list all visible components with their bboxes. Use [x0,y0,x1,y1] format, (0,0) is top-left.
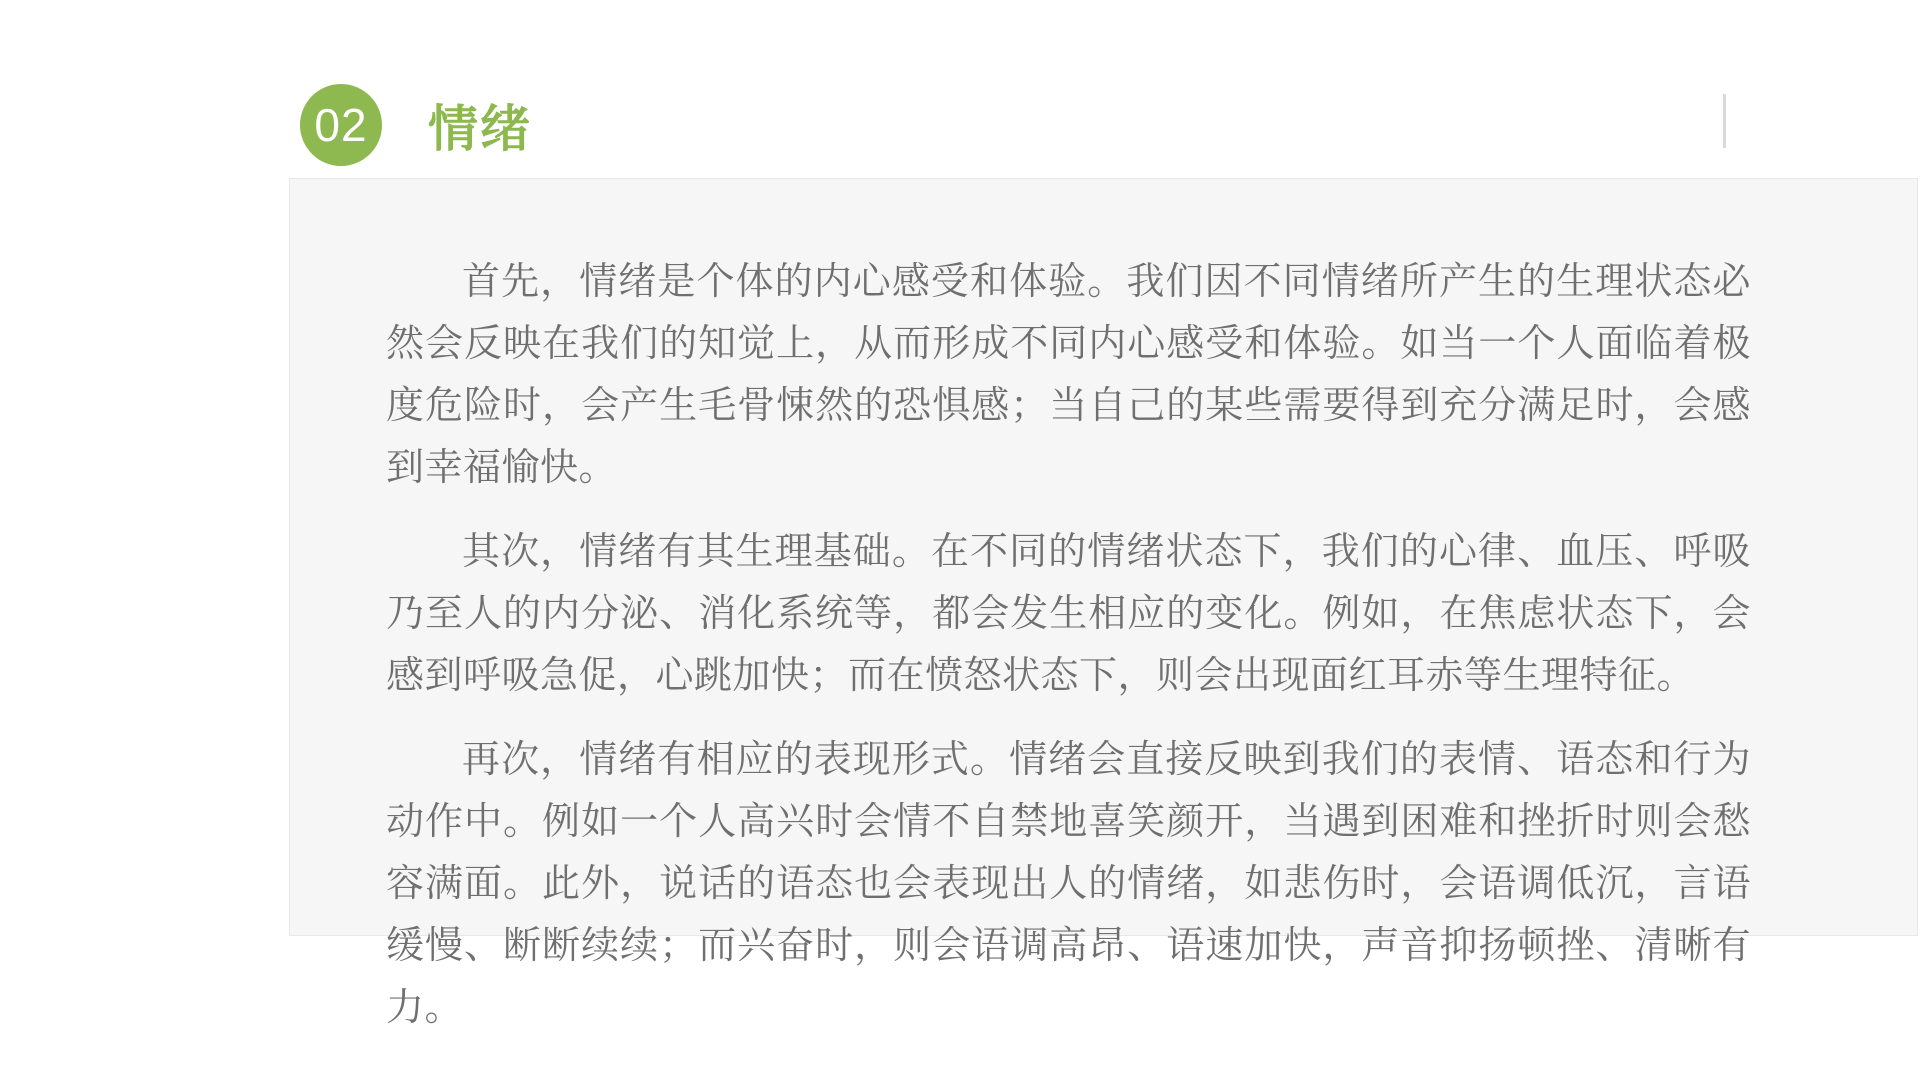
section-number-badge: 02 [300,84,382,166]
body-paragraph-2: 其次，情绪有其生理基础。在不同的情绪状态下，我们的心律、血压、呼吸乃至人的内分泌… [386,521,1751,707]
slide-title: 情绪 [428,89,532,161]
slide-header: 02 情绪 [300,84,532,166]
content-panel: 首先，情绪是个体的内心感受和体验。我们因不同情绪所产生的生理状态必然会反映在我们… [289,178,1918,936]
section-number: 02 [314,98,367,152]
body-paragraph-3: 再次，情绪有相应的表现形式。情绪会直接反映到我们的表情、语态和行为动作中。例如一… [386,729,1751,1039]
decorative-line [1723,94,1726,148]
slide-canvas: 02 情绪 首先，情绪是个体的内心感受和体验。我们因不同情绪所产生的生理状态必然… [0,0,1920,1080]
body-paragraph-1: 首先，情绪是个体的内心感受和体验。我们因不同情绪所产生的生理状态必然会反映在我们… [386,251,1751,499]
